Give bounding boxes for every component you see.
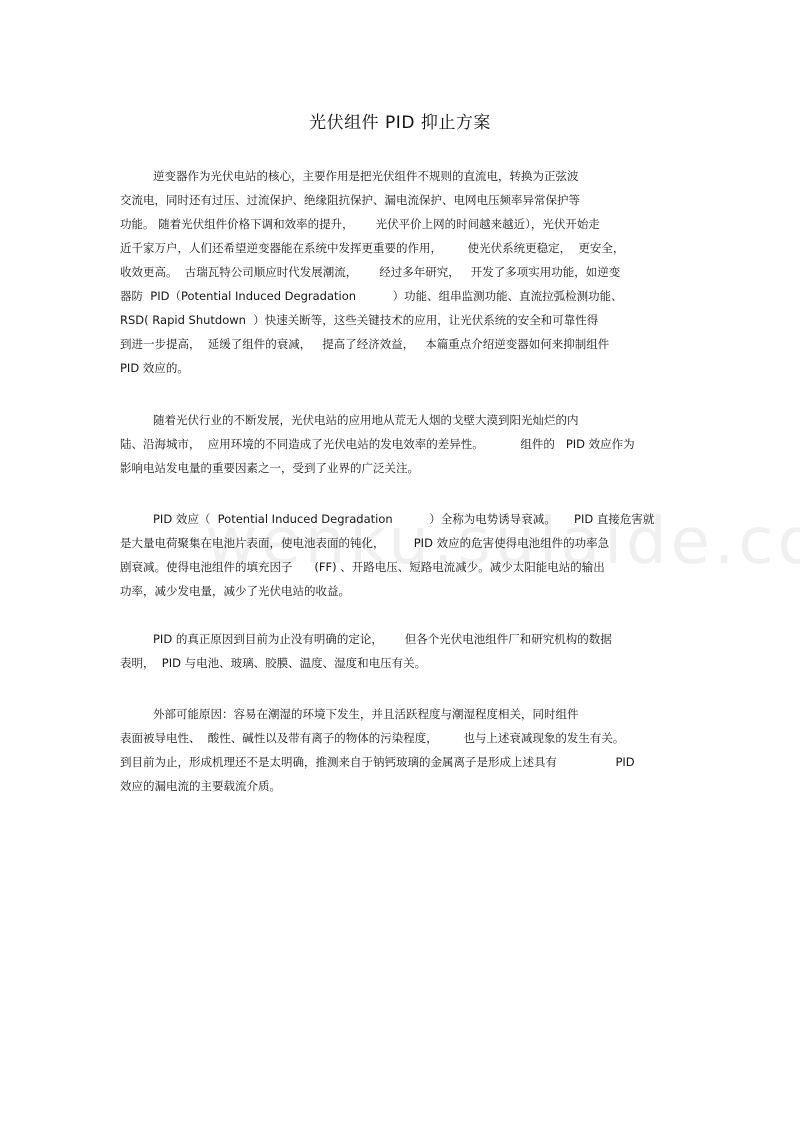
paragraph-5: 外部可能原因：容易在潮湿的环境下发生，并且活跃程度与潮湿程度相关，同时组件 表面… — [120, 702, 690, 798]
text-line: 外部可能原因：容易在潮湿的环境下发生，并且活跃程度与潮湿程度相关，同时组件 — [120, 702, 690, 726]
text-line: PID 的真正原因到目前为止没有明确的定论， 但各个光伏电池组件厂和研究机构的数… — [120, 627, 690, 651]
text-line: 功能。 随着光伏组件价格下调和效率的提升， 光伏平价上网的时间越来越近），光伏开… — [120, 212, 690, 236]
text-line: 表明， PID 与电池、玻璃、胶膜、温度、湿度和电压有关。 — [120, 651, 690, 675]
paragraph-3: PID 效应（ Potential Induced Degradation ）全… — [120, 507, 690, 603]
text-line: RSD( Rapid Shutdown ）快速关断等，这些关键技术的应用，让光伏… — [120, 308, 690, 332]
document-title: 光伏组件 PID 抑止方案 — [0, 108, 800, 133]
text-line: 随着光伏行业的不断发展，光伏电站的应用地从荒无人烟的戈壁大漠到阳光灿烂的内 — [120, 408, 690, 432]
text-line: 器防 PID（Potential Induced Degradation ）功能… — [120, 284, 690, 308]
text-line: 表面被导电性、 酸性、碱性以及带有离子的物体的污染程度， 也与上述衰减现象的发生… — [120, 726, 690, 750]
text-line: 近千家万户，人们还希望逆变器能在系统中发挥更重要的作用， 使光伏系统更稳定， 更… — [120, 236, 690, 260]
text-line: PID 效应（ Potential Induced Degradation ）全… — [120, 507, 690, 531]
text-line: 是大量电荷聚集在电池片表面，使电池表面的钝化， PID 效应的危害使得电池组件的… — [120, 531, 690, 555]
text-line: 逆变器作为光伏电站的核心，主要作用是把光伏组件不规则的直流电，转换为正弦波 — [120, 164, 690, 188]
text-line: 交流电，同时还有过压、过流保护、绝缘阻抗保护、漏电流保护、电网电压频率异常保护等 — [120, 188, 690, 212]
text-line: 收效更高。 古瑞瓦特公司顺应时代发展潮流， 经过多年研究， 开发了多项实用功能，… — [120, 260, 690, 284]
text-line: 效应的漏电流的主要载流介质。 — [120, 774, 690, 798]
paragraph-1: 逆变器作为光伏电站的核心，主要作用是把光伏组件不规则的直流电，转换为正弦波 交流… — [120, 164, 690, 380]
text-line: 剧衰减。使得电池组件的填充因子 (FF) 、开路电压、短路电流减少。减少太阳能电… — [120, 555, 690, 579]
paragraph-4: PID 的真正原因到目前为止没有明确的定论， 但各个光伏电池组件厂和研究机构的数… — [120, 627, 690, 675]
text-line: 到进一步提高， 延缓了组件的衰减， 提高了经济效益， 本篇重点介绍逆变器如何来抑… — [120, 332, 690, 356]
text-line: PID 效应的。 — [120, 356, 690, 380]
text-line: 到目前为止，形成机理还不是太明确，推测来自于钠钙玻璃的金属离子是形成上述具有 P… — [120, 750, 690, 774]
text-line: 功率，减少发电量，减少了光伏电站的收益。 — [120, 579, 690, 603]
text-line: 陆、沿海城市， 应用环境的不同造成了光伏电站的发电效率的差异性。 组件的 PID… — [120, 432, 690, 456]
text-line: 影响电站发电量的重要因素之一，受到了业界的广泛关注。 — [120, 456, 690, 480]
paragraph-2: 随着光伏行业的不断发展，光伏电站的应用地从荒无人烟的戈壁大漠到阳光灿烂的内 陆、… — [120, 408, 690, 480]
document-page: wenku.sulaide.com 光伏组件 PID 抑止方案 逆变器作为光伏电… — [0, 0, 800, 1133]
